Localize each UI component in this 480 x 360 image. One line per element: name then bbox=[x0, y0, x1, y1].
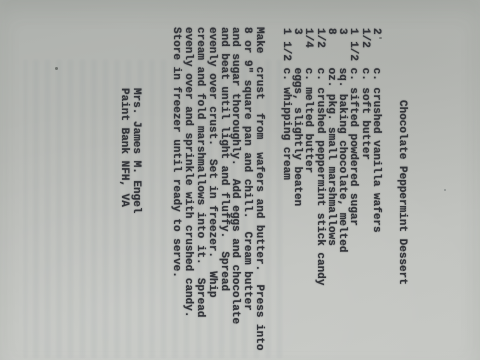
typewritten-document: Chocolate Peppermint Dessert 2 c. crushe… bbox=[0, 0, 480, 360]
recipe-title: Chocolate Peppermint Dessert bbox=[396, 100, 408, 285]
paper-speck bbox=[55, 67, 58, 70]
paper-speck bbox=[444, 189, 446, 191]
recipe-page-paper: Chocolate Peppermint Dessert 2 c. crushe… bbox=[0, 0, 480, 360]
instructions-paragraph: Make crust from wafers and butter. Press… bbox=[170, 27, 264, 350]
attribution-block: Mrs. James M. Engel Paint Bank NFH, VA bbox=[118, 88, 141, 213]
attribution-organization: Paint Bank NFH, VA bbox=[118, 88, 130, 207]
photo-frame: Chocolate Peppermint Dessert 2 c. crushe… bbox=[0, 0, 480, 360]
ingredient-list: 2 c. crushed vanilla wafers 1/2 c. soft … bbox=[279, 28, 381, 285]
attribution-name: Mrs. James M. Engel bbox=[130, 88, 142, 213]
paper-speck bbox=[379, 37, 382, 39]
